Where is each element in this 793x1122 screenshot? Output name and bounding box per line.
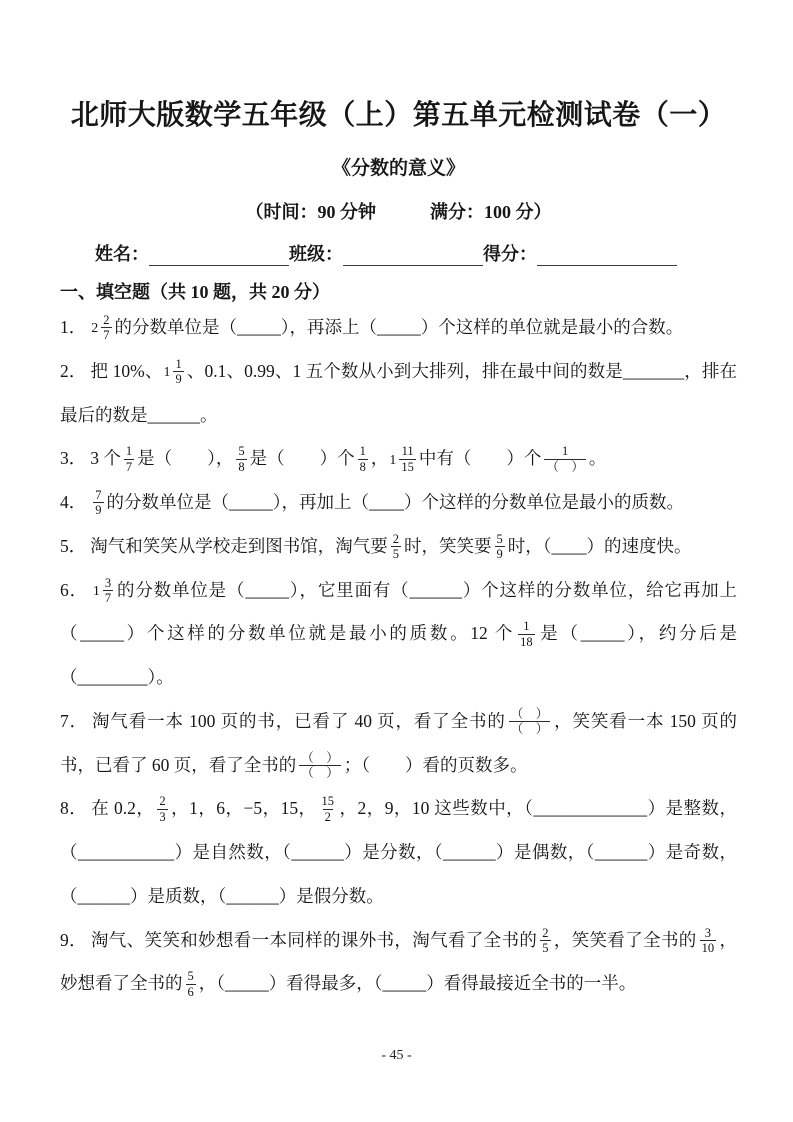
fraction: 23	[155, 795, 169, 825]
class-label: 班级：	[289, 244, 343, 264]
fraction-stack: 79	[93, 488, 103, 518]
denominator: 9	[495, 546, 505, 561]
fraction-stack: 37	[103, 576, 113, 606]
numerator: 5	[236, 444, 246, 458]
page-title: 北师大版数学五年级（上）第五单元检测试卷（一）	[60, 98, 737, 133]
numerator: 2	[101, 313, 111, 327]
denominator: 18	[518, 634, 535, 649]
fraction-stack: 1（ ）	[544, 444, 586, 474]
denominator: 7	[101, 327, 111, 342]
test-paper-page: 北师大版数学五年级（上）第五单元检测试卷（一） 《分数的意义》 （时间：90 分…	[0, 0, 793, 1122]
fraction-stack: 56	[186, 969, 196, 999]
fraction: 152	[318, 795, 339, 825]
question-number: 5．	[60, 536, 86, 556]
fraction-stack: 18	[358, 444, 368, 474]
question-5: 5．淘气和笑笑从学校走到图书馆，淘气要25时，笑笑要59时，（____）的速度快…	[60, 525, 737, 569]
question-text: 把 10%、	[91, 361, 163, 381]
mixed-number: 227	[91, 311, 113, 346]
score-blank	[537, 245, 677, 266]
fraction-stack: 58	[236, 444, 246, 474]
fraction-stack: 19	[173, 357, 183, 387]
fraction-stack: 118	[518, 619, 535, 649]
fraction: 18	[356, 445, 370, 475]
mixed-number: 11115	[389, 443, 418, 478]
exam-info: （时间：90 分钟 满分：100 分）	[60, 198, 737, 224]
denominator: 3	[157, 809, 167, 824]
question-2: 2．把 10%、119、0.1、0.99、1 五个数从小到大排列，排在最中间的数…	[60, 350, 737, 438]
student-info-row: 姓名：班级：得分：	[95, 240, 737, 266]
question-text: 的分数单位是（_____），再添上（_____）个这样的单位就是最小的合数。	[115, 317, 684, 337]
numerator: 1	[560, 444, 570, 458]
question-text: 是（ ）个	[250, 448, 355, 468]
question-1: 1．227的分数单位是（_____），再添上（_____）个这样的单位就是最小的…	[60, 306, 737, 350]
name-label: 姓名：	[95, 244, 149, 264]
question-8: 8．在 0.2，23，1，6，−5，15，152，2，9，10 这些数中，（__…	[60, 787, 737, 918]
question-number: 7．	[60, 711, 88, 731]
fraction-stack: 25	[540, 926, 550, 956]
question-text: 的分数单位是（_____），再加上（____）个这样的分数单位是最小的质数。	[107, 492, 685, 512]
fraction-stack: 17	[124, 444, 134, 474]
question-text: 时，（____）的速度快。	[508, 536, 692, 556]
denominator: 8	[236, 459, 246, 474]
question-text: 3 个	[90, 448, 121, 468]
question-text: ，1，6，−5，15，	[171, 798, 317, 818]
question-text: ，笑笑看了全书的	[554, 930, 697, 950]
numerator: 5	[186, 969, 196, 983]
denominator: 7	[103, 590, 113, 605]
whole-part: 1	[93, 574, 100, 609]
question-text: 淘气和笑笑从学校走到图书馆，淘气要	[90, 536, 388, 556]
numerator: 5	[495, 532, 505, 546]
numerator: 2	[391, 532, 401, 546]
fraction: 59	[493, 533, 507, 563]
score-label: 得分：	[483, 244, 537, 264]
question-number: 1．	[60, 317, 86, 337]
question-text: 是（ ），	[137, 448, 233, 468]
numerator: 3	[703, 926, 713, 940]
whole-part: 1	[163, 355, 170, 390]
fraction: 79	[91, 489, 105, 519]
numerator: 2	[540, 926, 550, 940]
whole-part: 2	[91, 311, 98, 346]
fraction: （ ）（ ）	[297, 752, 343, 782]
question-text: ；（ ）看的页数多。	[344, 755, 528, 775]
numerator: （ ）	[509, 707, 551, 721]
section-heading: 一、填空题（共 10 题，共 20 分）	[60, 278, 737, 304]
numerator: 2	[157, 794, 167, 808]
question-7: 7．淘气看一本 100 页的书，已看了 40 页，看了全书的（ ）（ ），笑笑看…	[60, 700, 737, 788]
fraction: 1（ ）	[542, 445, 588, 475]
question-text: 中有（ ）个	[419, 448, 542, 468]
name-blank	[149, 245, 289, 266]
question-number: 2．	[60, 361, 87, 381]
question-number: 4．	[60, 492, 86, 512]
denominator: 8	[358, 459, 368, 474]
question-number: 6．	[60, 580, 88, 600]
mixed-number: 137	[93, 574, 115, 609]
fraction-stack: 25	[391, 532, 401, 562]
question-number: 3．	[60, 448, 86, 468]
question-text: 时，笑笑要	[404, 536, 492, 556]
numerator: 1	[358, 444, 368, 458]
denominator: 9	[93, 502, 103, 517]
numerator: （ ）	[299, 751, 341, 765]
question-list: 1．227的分数单位是（_____），再添上（_____）个这样的单位就是最小的…	[60, 306, 737, 1006]
fraction: 17	[122, 445, 136, 475]
fraction-stack: 152	[320, 794, 337, 824]
denominator: （ ）	[299, 765, 341, 780]
fraction: 310	[698, 927, 719, 957]
question-text: 。	[589, 448, 607, 468]
numerator: 1	[124, 444, 134, 458]
numerator: 1	[173, 357, 183, 371]
denominator: 7	[124, 459, 134, 474]
fraction-stack: 1115	[399, 444, 416, 474]
question-9: 9．淘气、笑笑和妙想看一本同样的课外书，淘气看了全书的25，笑笑看了全书的310…	[60, 919, 737, 1007]
question-number: 9．	[60, 930, 87, 950]
question-text: 淘气看一本 100 页的书，已看了 40 页，看了全书的	[92, 711, 506, 731]
question-6: 6．137的分数单位是（_____），它里面有（______）个这样的分数单位，…	[60, 569, 737, 700]
numerator: 1	[521, 619, 531, 633]
whole-part: 1	[389, 443, 396, 478]
fraction-stack: 23	[157, 794, 167, 824]
fraction-stack: 27	[101, 313, 111, 343]
denominator: 5	[540, 940, 550, 955]
denominator: （ ）	[509, 721, 551, 736]
fraction: 25	[389, 533, 403, 563]
question-text: 淘气、笑笑和妙想看一本同样的课外书，淘气看了全书的	[91, 930, 537, 950]
question-text: ，（_____）看得最多，（_____）看得最接近全书的一半。	[199, 973, 637, 993]
question-text: 在 0.2，	[91, 798, 154, 818]
question-number: 8．	[60, 798, 87, 818]
denominator: 15	[399, 459, 416, 474]
fraction: 56	[184, 970, 198, 1000]
denominator: （ ）	[544, 459, 586, 474]
fraction-stack: （ ）（ ）	[299, 751, 341, 781]
page-subtitle: 《分数的意义》	[60, 153, 737, 180]
numerator: 15	[320, 794, 337, 808]
fraction-stack: （ ）（ ）	[509, 707, 551, 737]
denominator: 5	[391, 546, 401, 561]
mixed-number: 119	[163, 355, 185, 390]
question-3: 3．3 个17是（ ），58是（ ）个18，11115中有（ ）个1（ ）。	[60, 437, 737, 481]
question-4: 4．79的分数单位是（_____），再加上（____）个这样的分数单位是最小的质…	[60, 481, 737, 525]
page-number: - 45 -	[0, 1048, 793, 1064]
class-blank	[343, 245, 483, 266]
fraction: 58	[234, 445, 248, 475]
question-text: ，	[371, 448, 389, 468]
denominator: 10	[700, 940, 717, 955]
numerator: 7	[93, 488, 103, 502]
denominator: 2	[323, 809, 333, 824]
fraction: （ ）（ ）	[507, 708, 553, 738]
fraction-stack: 59	[495, 532, 505, 562]
fraction-stack: 310	[700, 926, 717, 956]
denominator: 6	[186, 984, 196, 999]
denominator: 9	[173, 371, 183, 386]
fraction: 118	[516, 620, 537, 650]
fraction: 25	[538, 927, 552, 957]
numerator: 3	[103, 576, 113, 590]
numerator: 11	[400, 444, 416, 458]
